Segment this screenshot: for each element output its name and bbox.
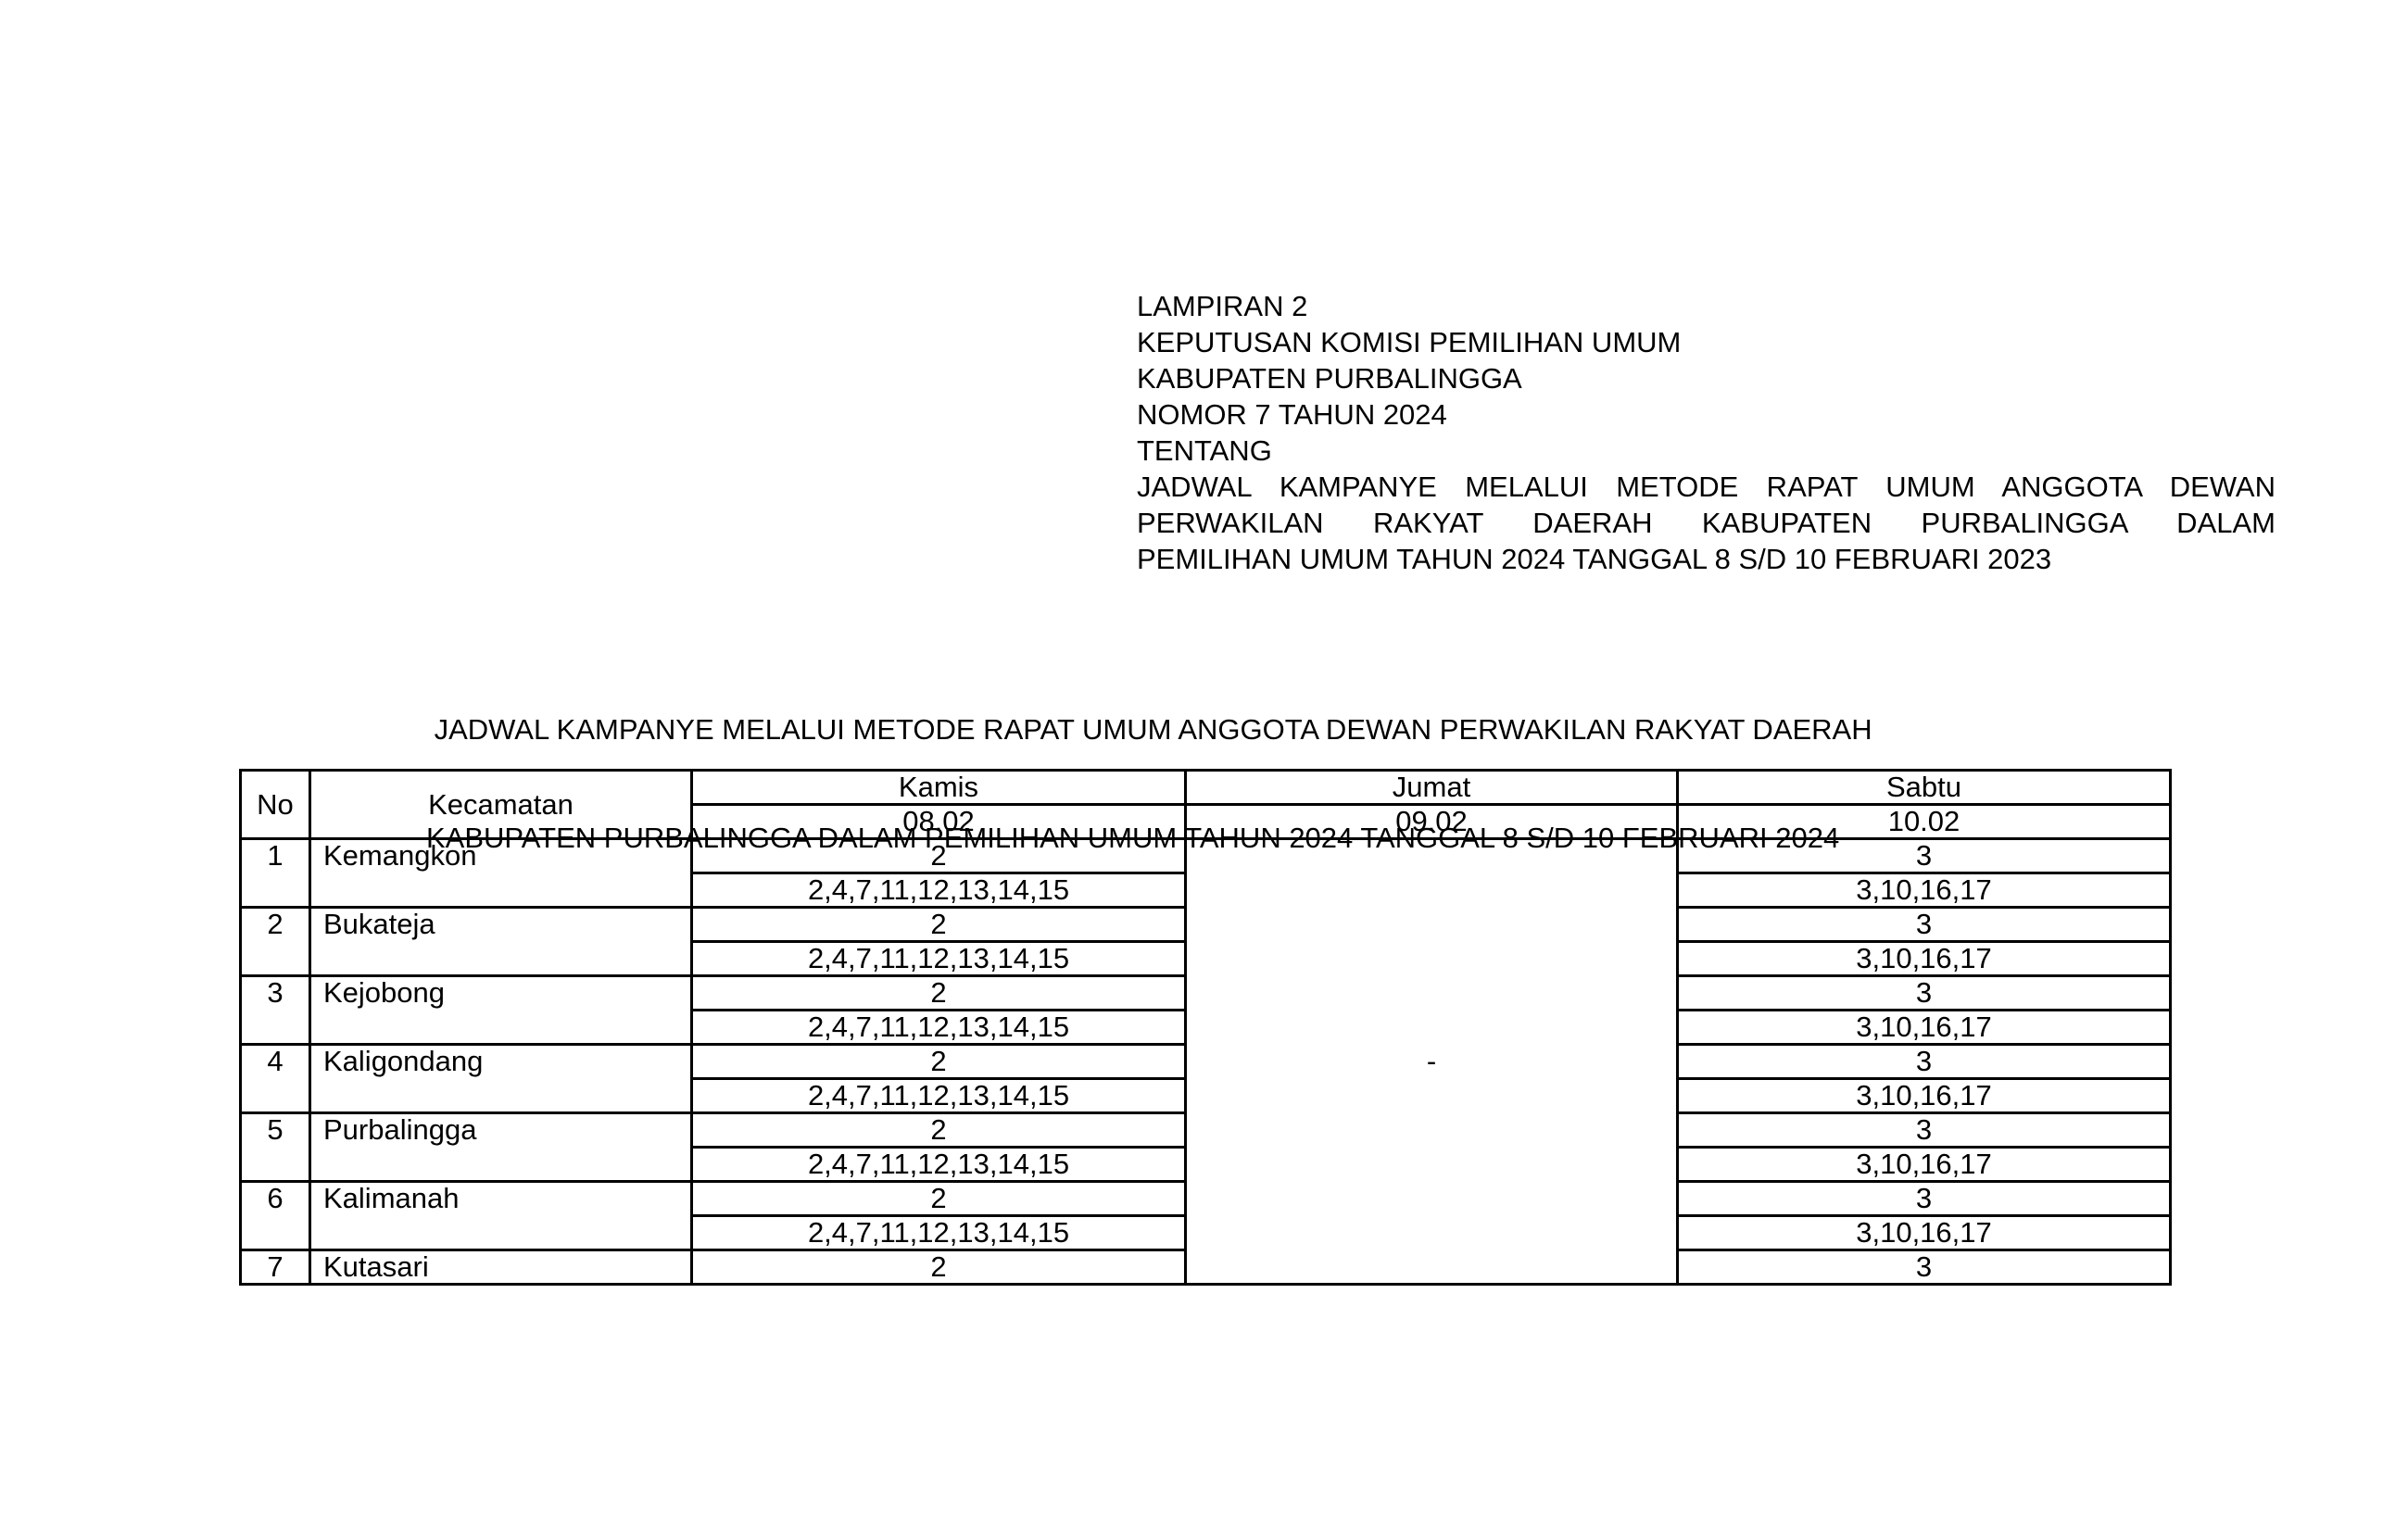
lampiran-subject-line: PERWAKILAN RAKYAT DAERAH KABUPATEN PURBA… <box>1137 505 2276 541</box>
header-day-sabtu: Sabtu <box>1678 771 2171 805</box>
cell-kecamatan: Kutasari <box>310 1250 692 1285</box>
lampiran-subject-line: JADWAL KAMPANYE MELALUI METODE RAPAT UMU… <box>1137 469 2276 505</box>
cell-kamis: 2,4,7,11,12,13,14,15 <box>692 1079 1186 1113</box>
cell-kecamatan: Purbalingga <box>310 1113 692 1182</box>
cell-kecamatan: Kaligondang <box>310 1045 692 1113</box>
lampiran-line: NOMOR 7 TAHUN 2024 <box>1137 396 2276 433</box>
cell-sabtu: 3,10,16,17 <box>1678 942 2171 976</box>
cell-sabtu: 3 <box>1678 1182 2171 1216</box>
cell-no: 7 <box>241 1250 310 1285</box>
lampiran-header: LAMPIRAN 2 KEPUTUSAN KOMISI PEMILIHAN UM… <box>1137 288 2276 577</box>
lampiran-line: KABUPATEN PURBALINGGA <box>1137 360 2276 396</box>
cell-no: 4 <box>241 1045 310 1113</box>
cell-kamis: 2 <box>692 908 1186 942</box>
cell-sabtu: 3,10,16,17 <box>1678 1011 2171 1045</box>
header-kecamatan: Kecamatan <box>310 771 692 839</box>
cell-kamis: 2,4,7,11,12,13,14,15 <box>692 873 1186 908</box>
table-row: 1Kemangkon2-3 <box>241 839 2171 873</box>
cell-kamis: 2 <box>692 1250 1186 1285</box>
cell-no: 1 <box>241 839 310 908</box>
cell-sabtu: 3,10,16,17 <box>1678 1216 2171 1250</box>
cell-sabtu: 3 <box>1678 908 2171 942</box>
cell-kamis: 2 <box>692 1113 1186 1148</box>
cell-sabtu: 3 <box>1678 1045 2171 1079</box>
title-line-1: JADWAL KAMPANYE MELALUI METODE RAPAT UMU… <box>426 711 2001 747</box>
header-date-kamis: 08.02 <box>692 805 1186 839</box>
cell-kamis: 2,4,7,11,12,13,14,15 <box>692 1011 1186 1045</box>
lampiran-line: KEPUTUSAN KOMISI PEMILIHAN UMUM <box>1137 324 2276 360</box>
cell-kamis: 2 <box>692 1045 1186 1079</box>
cell-kecamatan: Kejobong <box>310 976 692 1045</box>
cell-sabtu: 3 <box>1678 976 2171 1011</box>
header-no: No <box>241 771 310 839</box>
cell-no: 2 <box>241 908 310 976</box>
cell-kamis: 2,4,7,11,12,13,14,15 <box>692 1148 1186 1182</box>
lampiran-line: LAMPIRAN 2 <box>1137 288 2276 324</box>
cell-jumat-merged: - <box>1186 839 1678 1285</box>
cell-no: 3 <box>241 976 310 1045</box>
cell-no: 6 <box>241 1182 310 1250</box>
cell-kamis: 2,4,7,11,12,13,14,15 <box>692 942 1186 976</box>
cell-sabtu: 3 <box>1678 1113 2171 1148</box>
cell-kecamatan: Bukateja <box>310 908 692 976</box>
cell-kecamatan: Kalimanah <box>310 1182 692 1250</box>
cell-sabtu: 3 <box>1678 1250 2171 1285</box>
header-row: No Kecamatan Kamis Jumat Sabtu <box>241 771 2171 805</box>
cell-kamis: 2 <box>692 839 1186 873</box>
header-day-jumat: Jumat <box>1186 771 1678 805</box>
cell-kamis: 2 <box>692 976 1186 1011</box>
cell-sabtu: 3,10,16,17 <box>1678 1079 2171 1113</box>
cell-sabtu: 3,10,16,17 <box>1678 1148 2171 1182</box>
cell-sabtu: 3,10,16,17 <box>1678 873 2171 908</box>
lampiran-subject-line: PEMILIHAN UMUM TAHUN 2024 TANGGAL 8 S/D … <box>1137 541 2276 577</box>
cell-kamis: 2,4,7,11,12,13,14,15 <box>692 1216 1186 1250</box>
header-day-kamis: Kamis <box>692 771 1186 805</box>
lampiran-line: TENTANG <box>1137 433 2276 469</box>
cell-kecamatan: Kemangkon <box>310 839 692 908</box>
header-date-sabtu: 10.02 <box>1678 805 2171 839</box>
header-date-jumat: 09.02 <box>1186 805 1678 839</box>
cell-no: 5 <box>241 1113 310 1182</box>
cell-kamis: 2 <box>692 1182 1186 1216</box>
cell-sabtu: 3 <box>1678 839 2171 873</box>
schedule-table: No Kecamatan Kamis Jumat Sabtu 08.02 09.… <box>239 769 2172 1286</box>
